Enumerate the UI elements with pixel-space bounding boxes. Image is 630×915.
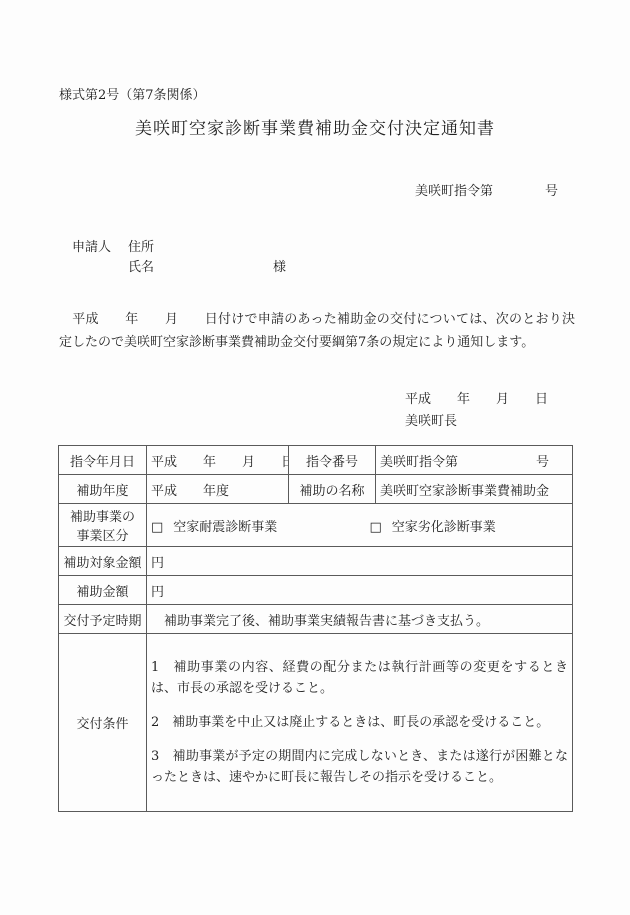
table-row-payment-timing: 交付予定時期 補助事業完了後、補助事業実績報告書に基づき支払う。: [59, 605, 573, 634]
applicant-honorific: 様: [273, 256, 286, 275]
condition-item-2: 2 補助事業を中止又は廃止するときは、町長の承認を受けること。: [151, 712, 568, 733]
condition-item-1: 1 補助事業の内容、経費の配分または執行計画等の変更をするときは、市長の承認を受…: [151, 657, 568, 699]
table-row-subsidy-amount: 補助金額 円: [59, 576, 573, 605]
directive-number-line: 美咲町指令第 号: [415, 180, 558, 199]
category-option-seismic: □空家耐震診断事業: [151, 520, 277, 535]
payment-timing-label: 交付予定時期: [59, 605, 147, 634]
business-category-options: □空家耐震診断事業 □空家劣化診断事業: [147, 504, 573, 547]
table-row-business-category: 補助事業の 事業区分 □空家耐震診断事業 □空家劣化診断事業: [59, 504, 573, 547]
table-row-directive-date: 指令年月日 平成 年 月 日 指令番号 美咲町指令第 号: [59, 446, 573, 475]
directive-no-label: 指令番号: [289, 446, 376, 475]
directive-date-label: 指令年月日: [59, 446, 147, 475]
subsidy-target-amount-label: 補助対象金額: [59, 547, 147, 576]
applicant-label: 申請人: [72, 236, 111, 255]
conditions-content: 1 補助事業の内容、経費の配分または執行計画等の変更をするときは、市長の承認を受…: [147, 634, 573, 812]
issuer-name: 美咲町長: [405, 410, 457, 429]
subsidy-name-label: 補助の名称: [289, 475, 376, 504]
table-row-subsidy-target-amount: 補助対象金額 円: [59, 547, 573, 576]
payment-timing-value: 補助事業完了後、補助事業実績報告書に基づき支払う。: [147, 605, 573, 634]
applicant-address-label: 住所: [128, 236, 154, 255]
signature-date-line: 平成 年 月 日: [405, 388, 548, 407]
document-title: 美咲町空家診断事業費補助金交付決定通知書: [0, 114, 630, 139]
applicant-name-label: 氏名: [128, 256, 154, 275]
checkbox-seismic-icon: □: [151, 520, 163, 535]
directive-no-value: 美咲町指令第 号: [376, 446, 573, 475]
table-row-conditions: 交付条件 1 補助事業の内容、経費の配分または執行計画等の変更をするときは、市長…: [59, 634, 573, 812]
subsidy-year-label: 補助年度: [59, 475, 147, 504]
form-number: 様式第2号（第7条関係）: [59, 84, 206, 103]
subsidy-amount-label: 補助金額: [59, 576, 147, 605]
notice-detail-table: 指令年月日 平成 年 月 日 指令番号 美咲町指令第 号 補助年度 平成 年度 …: [58, 445, 573, 812]
category-option-deterioration-label: 空家劣化診断事業: [392, 520, 496, 535]
notice-body-paragraph: 平成 年 月 日付けで申請のあった補助金の交付については、次のとおり決定したので…: [59, 308, 575, 354]
table-row-subsidy-year: 補助年度 平成 年度 補助の名称 美咲町空家診断事業費補助金: [59, 475, 573, 504]
business-category-label: 補助事業の 事業区分: [59, 504, 147, 547]
category-option-seismic-label: 空家耐震診断事業: [173, 520, 277, 535]
condition-item-3: 3 補助事業が予定の期間内に完成しないとき、または遂行が困難となったときは、速や…: [151, 746, 568, 788]
notice-document-page: 様式第2号（第7条関係） 美咲町空家診断事業費補助金交付決定通知書 美咲町指令第…: [0, 0, 630, 915]
subsidy-name-value: 美咲町空家診断事業費補助金: [376, 475, 573, 504]
checkbox-deterioration-icon: □: [369, 520, 381, 535]
subsidy-amount-unit: 円: [147, 576, 573, 605]
directive-date-value: 平成 年 月 日: [147, 446, 289, 475]
subsidy-target-amount-unit: 円: [147, 547, 573, 576]
subsidy-year-value: 平成 年度: [147, 475, 289, 504]
category-option-deterioration: □空家劣化診断事業: [369, 520, 495, 535]
conditions-label: 交付条件: [59, 634, 147, 812]
